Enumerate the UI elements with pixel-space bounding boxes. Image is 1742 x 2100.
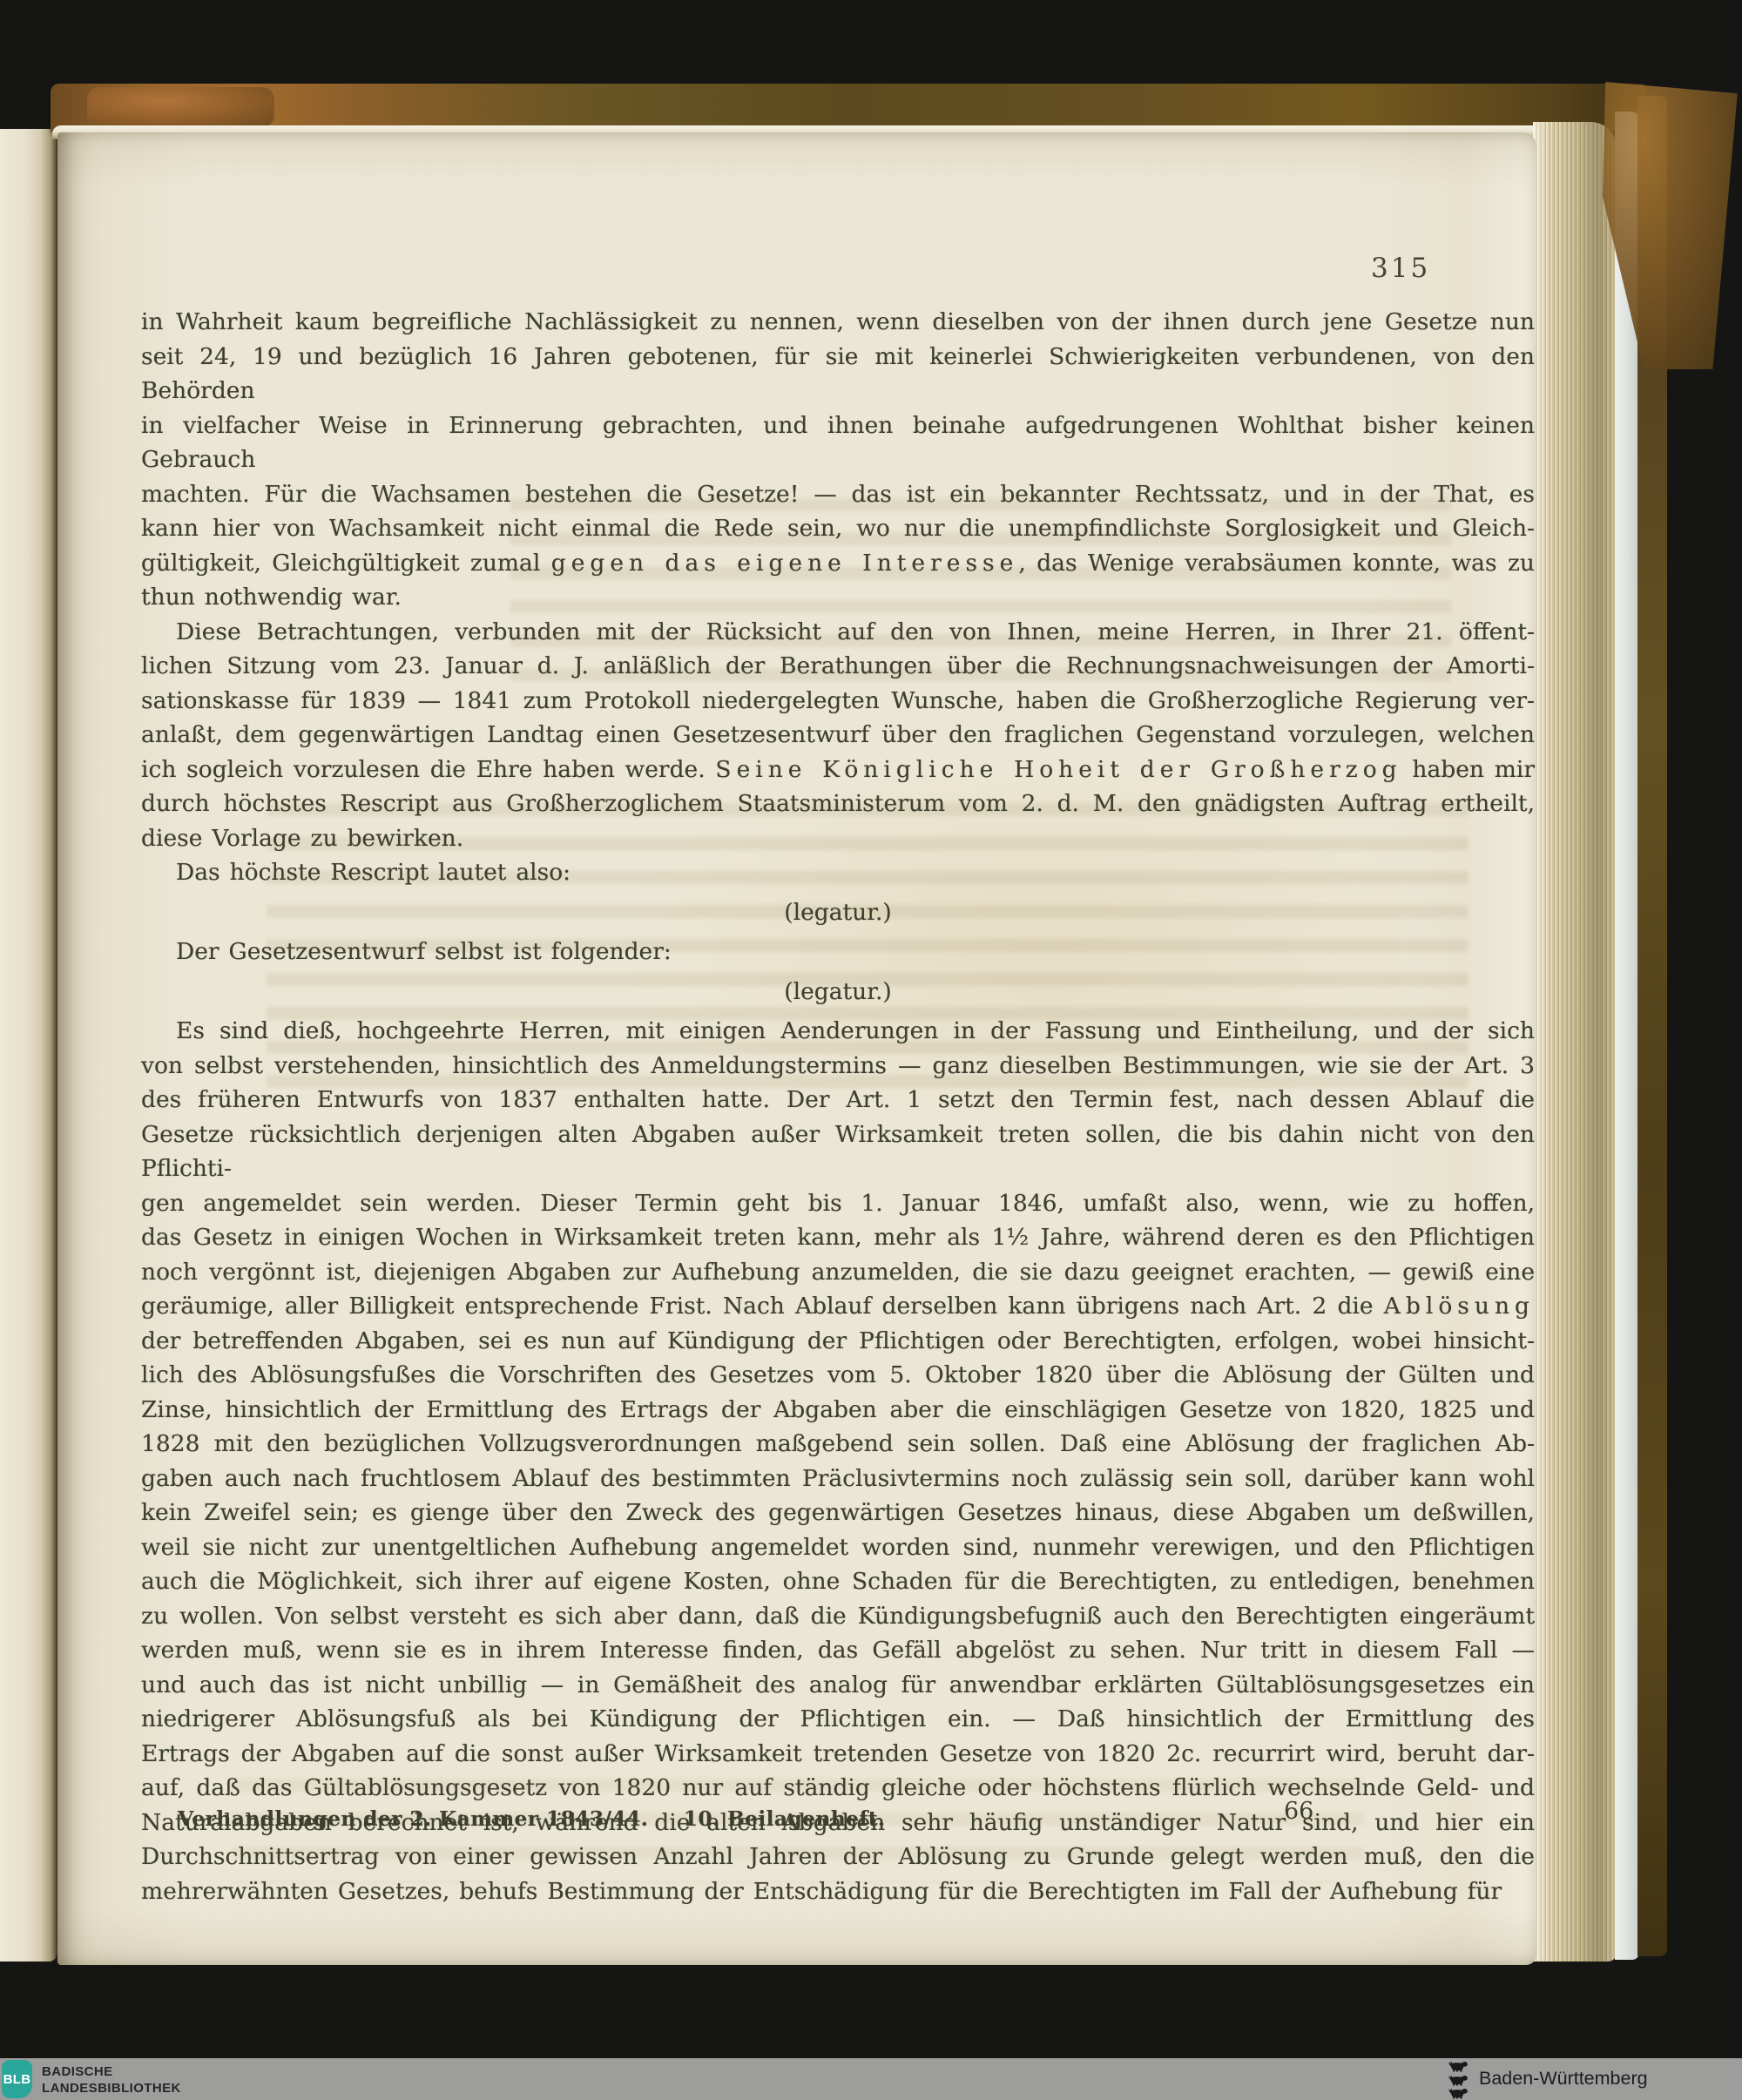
text-line: diese Vorlage zu bewirken.: [141, 821, 1535, 856]
text-line: werden muß, wenn sie es in ihrem Interes…: [141, 1633, 1535, 1668]
catchline-issue: 10. Beilagenheft.: [684, 1806, 886, 1831]
library-name: BADISCHE LANDESBIBLIOTHEK: [42, 2063, 181, 2097]
text-line: das Gesetz in einigen Wochen in Wirksamk…: [141, 1220, 1535, 1255]
text-line: Der Gesetzesentwurf selbst ist folgender…: [141, 935, 1535, 969]
text-line: gen angemeldet sein werden. Dieser Termi…: [141, 1186, 1535, 1221]
text-line: auch die Möglichkeit, sich ihrer auf eig…: [141, 1564, 1535, 1599]
text-line: ich sogleich vorzulesen die Ehre haben w…: [141, 753, 1535, 787]
text-line: lichen Sitzung vom 23. Januar d. J. anlä…: [141, 649, 1535, 684]
text-line: Durchschnittsertrag von einer gewissen A…: [141, 1840, 1535, 1874]
text-line: Zinse, hinsichtlich der Ermittlung des E…: [141, 1393, 1535, 1428]
catchline: Verhandlungen der 2. Kammer 1843/44. 10.…: [141, 1806, 1535, 1831]
library-name-line1: BADISCHE: [42, 2063, 181, 2080]
text-line: (legatur.): [141, 975, 1535, 1009]
text-block: in Wahrheit kaum begreifliche Nachlässig…: [141, 305, 1535, 1908]
text-line: gültigkeit, Gleichgültigkeit zumal gegen…: [141, 546, 1535, 581]
text-line: in Wahrheit kaum begreifliche Nachlässig…: [141, 305, 1535, 340]
text-line: in vielfacher Weise in Erinnerung gebrac…: [141, 409, 1535, 477]
text-line: mehrerwähnten Gesetzes, behufs Bestimmun…: [141, 1874, 1535, 1909]
text-line: niedrigerer Ablösungsfuß als bei Kündigu…: [141, 1702, 1535, 1737]
page-number: 315: [1371, 253, 1430, 284]
spine-leather-patch: [87, 87, 274, 127]
text-line: machten. Für die Wachsamen bestehen die …: [141, 477, 1535, 512]
text-line: der betreffenden Abgaben, sei es nun auf…: [141, 1324, 1535, 1359]
text-line: Diese Betrachtungen, verbunden mit der R…: [141, 615, 1535, 650]
catchline-volume: Verhandlungen der 2. Kammer 1843/44.: [178, 1806, 648, 1831]
book-cover-right-edge: [1637, 96, 1667, 1956]
text-line: thun nothwendig war.: [141, 580, 1535, 615]
text-line: lich des Ablösungsfußes die Vorschriften…: [141, 1358, 1535, 1393]
blb-logo-text: BLB: [3, 2072, 31, 2087]
facing-page-edge: [0, 129, 57, 1962]
text-line: kein Zweifel sein; es gienge über den Zw…: [141, 1496, 1535, 1530]
library-name-line2: LANDESBIBLIOTHEK: [42, 2080, 181, 2097]
text-line: zu wollen. Von selbst versteht es sich a…: [141, 1599, 1535, 1634]
text-line: 1828 mit den bezüglichen Vollzugsverordn…: [141, 1427, 1535, 1462]
text-line: Das höchste Rescript lautet also:: [141, 855, 1535, 890]
book-cover-top-edge: [51, 84, 1646, 131]
footer-bar: BLB BADISCHE LANDESBIBLIOTHEK Baden-Würt…: [0, 2058, 1742, 2100]
blb-logo: BLB: [2, 2060, 32, 2098]
text-line: und auch das ist nicht unbillig — in Gem…: [141, 1668, 1535, 1703]
endpaper-edge: [1615, 111, 1639, 1960]
text-line: noch vergönnt ist, diejenigen Abgaben zu…: [141, 1255, 1535, 1290]
text-line: Ertrags der Abgaben auf die sonst außer …: [141, 1737, 1535, 1772]
coat-of-arms-lions-icon: [1448, 2061, 1470, 2099]
text-line: durch höchstes Rescript aus Großherzogli…: [141, 787, 1535, 821]
state-label: Baden-Württemberg: [1479, 2068, 1648, 2090]
book-page: 315 in Wahrheit kaum begreifliche Nachlä…: [57, 132, 1536, 1965]
text-line: auf, daß das Gültablösungsgesetz von 182…: [141, 1771, 1535, 1806]
text-line: des früheren Entwurfs von 1837 enthalten…: [141, 1083, 1535, 1118]
text-line: seit 24, 19 und bezüglich 16 Jahren gebo…: [141, 340, 1535, 409]
text-line: anlaßt, dem gegenwärtigen Landtag einen …: [141, 718, 1535, 753]
text-line: geräumige, aller Billigkeit entsprechend…: [141, 1289, 1535, 1324]
text-line: gaben auch nach fruchtlosem Ablauf des b…: [141, 1462, 1535, 1496]
text-line: (legatur.): [141, 895, 1535, 930]
text-line: kann hier von Wachsamkeit nicht einmal d…: [141, 511, 1535, 546]
text-line: von selbst verstehenden, hinsichtlich de…: [141, 1049, 1535, 1084]
text-line: sationskasse für 1839 — 1841 zum Protoko…: [141, 684, 1535, 719]
text-line: weil sie nicht zur unentgeltlichen Aufhe…: [141, 1530, 1535, 1565]
book-fore-edge: [1533, 122, 1617, 1962]
text-line: Es sind dieß, hochgeehrte Herren, mit ei…: [141, 1014, 1535, 1049]
text-line: Gesetze rücksichtlich derjenigen alten A…: [141, 1118, 1535, 1186]
signature-mark: 66: [1284, 1798, 1313, 1825]
